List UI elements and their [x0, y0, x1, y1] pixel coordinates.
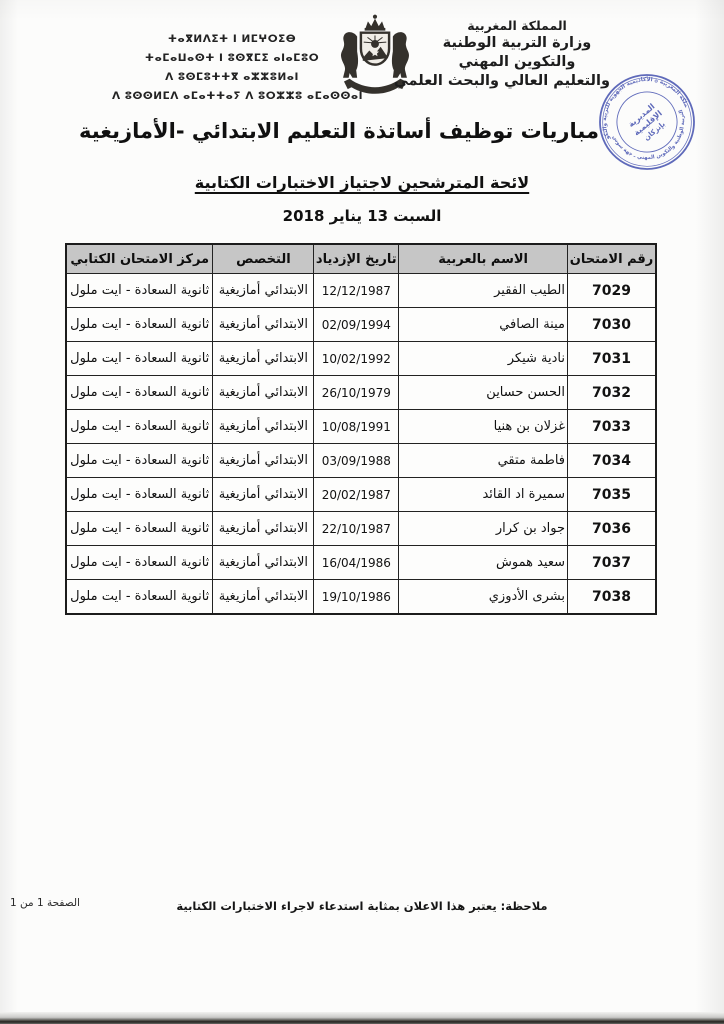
tifinagh-line: ⴷ ⵓⵙⵙⵍⵎⴷ ⴰⵎⴰⵜⵜⴰⵢ ⴷ ⵓⵔⵣⵣⵓ ⴰⵎⴰⵙⵙⴰⵏ: [112, 87, 352, 106]
coat-of-arms-icon: [328, 12, 422, 115]
name-cell: سميرة اد القائد: [399, 478, 568, 512]
table-row: 7031 نادية شيكر 10/02/1992 الابتدائي أما…: [66, 342, 656, 376]
name-cell: مينة الصافي: [399, 308, 568, 342]
exam-number-cell: 7034: [568, 444, 657, 478]
ministry-line: وزارة التربية الوطنية: [424, 34, 610, 53]
specialty-cell: الابتدائي أمازيغية: [213, 308, 314, 342]
header-exam-number: رقم الامتحان: [568, 244, 657, 274]
exam-number-cell: 7030: [568, 308, 657, 342]
exam-center-cell: ثانوية السعادة - ايت ملول: [66, 410, 213, 444]
exam-number-cell: 7036: [568, 512, 657, 546]
document-title: مباريات توظيف أساتذة التعليم الابتدائي -…: [0, 119, 678, 143]
specialty-cell: الابتدائي أمازيغية: [213, 512, 314, 546]
birth-date-cell: 03/09/1988: [314, 444, 399, 478]
ministry-name-tifinagh: ⵜⴰⴳⵍⴷⵉⵜ ⵏ ⵍⵎⵖⵔⵉⴱ ⵜⴰⵎⴰⵡⴰⵙⵜ ⵏ ⵓⵙⴳⵎⵉ ⴰⵏⴰⵎⵓⵔ…: [112, 30, 352, 106]
birth-date-cell: 12/12/1987: [314, 274, 399, 308]
candidates-table: رقم الامتحان الاسم بالعربية تاريخ الإزدي…: [65, 243, 657, 615]
name-cell: سعيد هموش: [399, 546, 568, 580]
birth-date-cell: 10/02/1992: [314, 342, 399, 376]
exam-number-cell: 7033: [568, 410, 657, 444]
exam-center-cell: ثانوية السعادة - ايت ملول: [66, 376, 213, 410]
name-cell: نادية شيكر: [399, 342, 568, 376]
kingdom-line: المملكة المغربية: [424, 18, 610, 34]
moroccan-coat-of-arms-emblem: [328, 12, 422, 112]
specialty-cell: الابتدائي أمازيغية: [213, 342, 314, 376]
exam-number-cell: 7035: [568, 478, 657, 512]
header-name-arabic: الاسم بالعربية: [399, 244, 568, 274]
table-row: 7035 سميرة اد القائد 20/02/1987 الابتدائ…: [66, 478, 656, 512]
exam-center-cell: ثانوية السعادة - ايت ملول: [66, 512, 213, 546]
exam-number-cell: 7032: [568, 376, 657, 410]
exam-number-cell: 7031: [568, 342, 657, 376]
birth-date-cell: 19/10/1986: [314, 580, 399, 615]
specialty-cell: الابتدائي أمازيغية: [213, 478, 314, 512]
name-cell: الطيب الفقير: [399, 274, 568, 308]
ministry-line: والتكوين المهني: [424, 53, 610, 72]
ministry-name-arabic: المملكة المغربية وزارة التربية الوطنية و…: [424, 18, 610, 91]
exam-center-cell: ثانوية السعادة - ايت ملول: [66, 308, 213, 342]
birth-date-cell: 26/10/1979: [314, 376, 399, 410]
name-cell: غزلان بن هنيا: [399, 410, 568, 444]
table-row: 7036 جواد بن كرار 22/10/1987 الابتدائي أ…: [66, 512, 656, 546]
table-row: 7033 غزلان بن هنيا 10/08/1991 الابتدائي …: [66, 410, 656, 444]
scan-edge: [0, 1012, 724, 1024]
birth-date-cell: 10/08/1991: [314, 410, 399, 444]
table-row: 7030 مينة الصافي 02/09/1994 الابتدائي أم…: [66, 308, 656, 342]
document-subtitle-text: لائحة المترشحين لاجتياز الاختبارات الكتا…: [195, 173, 529, 192]
name-cell: جواد بن كرار: [399, 512, 568, 546]
table-row: 7029 الطيب الفقير 12/12/1987 الابتدائي أ…: [66, 274, 656, 308]
document-subtitle: لائحة المترشحين لاجتياز الاختبارات الكتا…: [0, 173, 724, 192]
exam-center-cell: ثانوية السعادة - ايت ملول: [66, 342, 213, 376]
exam-center-cell: ثانوية السعادة - ايت ملول: [66, 580, 213, 615]
birth-date-cell: 16/04/1986: [314, 546, 399, 580]
ministry-line: والتعليم العالي والبحث العلمي: [424, 72, 610, 91]
table-row: 7038 بشرى الأدوزي 19/10/1986 الابتدائي أ…: [66, 580, 656, 615]
exam-number-cell: 7029: [568, 274, 657, 308]
exam-center-cell: ثانوية السعادة - ايت ملول: [66, 444, 213, 478]
birth-date-cell: 22/10/1987: [314, 512, 399, 546]
scanned-document-page: ⵜⴰⴳⵍⴷⵉⵜ ⵏ ⵍⵎⵖⵔⵉⴱ ⵜⴰⵎⴰⵡⴰⵙⵜ ⵏ ⵓⵙⴳⵎⵉ ⴰⵏⴰⵎⵓⵔ…: [0, 0, 724, 1024]
footer-note: ملاحظة: يعتبر هذا الاعلان بمثابة استدعاء…: [0, 899, 724, 913]
name-cell: الحسن حساين: [399, 376, 568, 410]
table-header-row: رقم الامتحان الاسم بالعربية تاريخ الإزدي…: [66, 244, 656, 274]
name-cell: فاطمة متقي: [399, 444, 568, 478]
name-cell: بشرى الأدوزي: [399, 580, 568, 615]
table-row: 7034 فاطمة متقي 03/09/1988 الابتدائي أما…: [66, 444, 656, 478]
exam-center-cell: ثانوية السعادة - ايت ملول: [66, 274, 213, 308]
table-row: 7037 سعيد هموش 16/04/1986 الابتدائي أماز…: [66, 546, 656, 580]
header-specialty: التخصص: [213, 244, 314, 274]
page-number: الصفحة 1 من 1: [10, 897, 80, 909]
specialty-cell: الابتدائي أمازيغية: [213, 410, 314, 444]
birth-date-cell: 02/09/1994: [314, 308, 399, 342]
header-exam-center: مركز الامتحان الكتابي: [66, 244, 213, 274]
specialty-cell: الابتدائي أمازيغية: [213, 546, 314, 580]
specialty-cell: الابتدائي أمازيغية: [213, 580, 314, 615]
specialty-cell: الابتدائي أمازيغية: [213, 376, 314, 410]
exam-number-cell: 7037: [568, 546, 657, 580]
header-birth-date: تاريخ الإزدياد: [314, 244, 399, 274]
specialty-cell: الابتدائي أمازيغية: [213, 274, 314, 308]
tifinagh-line: ⵜⴰⴳⵍⴷⵉⵜ ⵏ ⵍⵎⵖⵔⵉⴱ: [112, 30, 352, 49]
table-row: 7032 الحسن حساين 26/10/1979 الابتدائي أم…: [66, 376, 656, 410]
tifinagh-line: ⵜⴰⵎⴰⵡⴰⵙⵜ ⵏ ⵓⵙⴳⵎⵉ ⴰⵏⴰⵎⵓⵔ: [112, 49, 352, 68]
birth-date-cell: 20/02/1987: [314, 478, 399, 512]
exam-center-cell: ثانوية السعادة - ايت ملول: [66, 546, 213, 580]
exam-center-cell: ثانوية السعادة - ايت ملول: [66, 478, 213, 512]
exam-date-line: السبت 13 يناير 2018: [0, 207, 724, 225]
specialty-cell: الابتدائي أمازيغية: [213, 444, 314, 478]
exam-number-cell: 7038: [568, 580, 657, 615]
tifinagh-line: ⴷ ⵓⵙⵎⵓⵜⵜⴳ ⴰⵣⵣⵓⵍⴰⵏ: [112, 68, 352, 87]
